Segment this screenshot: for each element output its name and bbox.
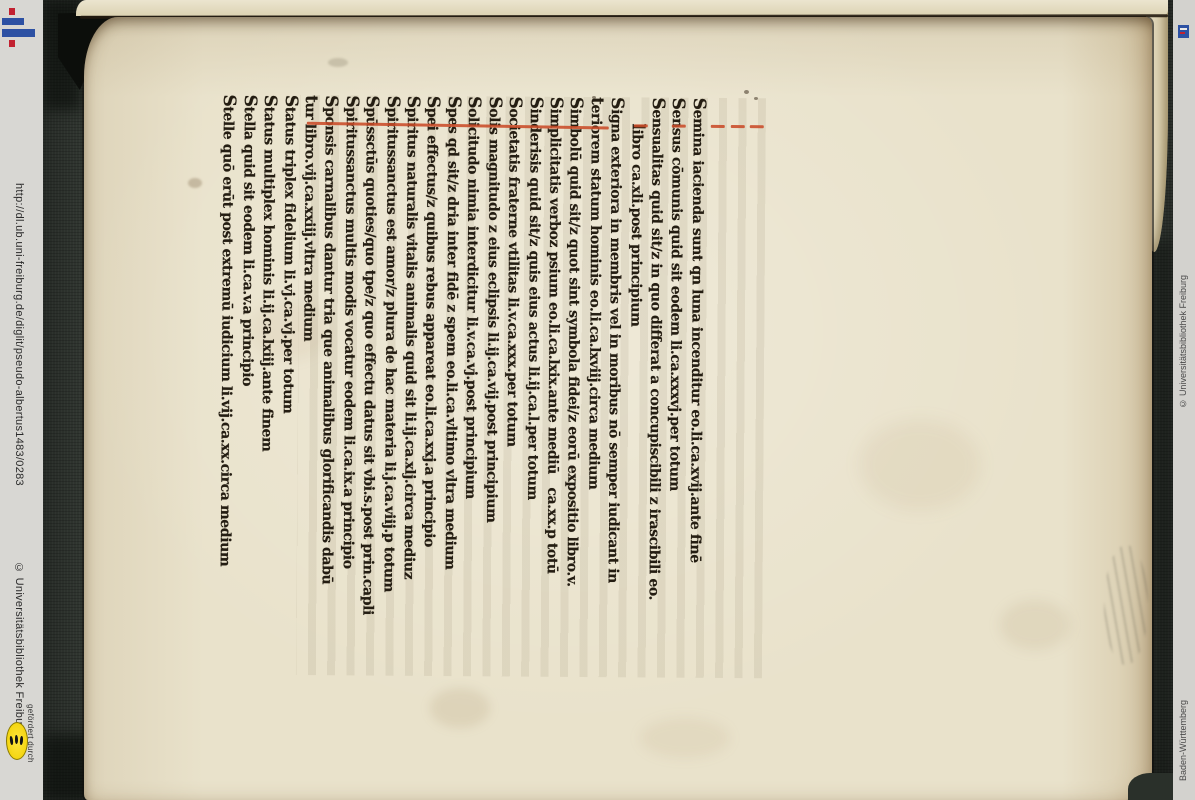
manuscript-line: libro ca.xli.post principium [622,97,646,677]
rubrication-dash [730,125,744,128]
manuscript-line: teriorem statum hominis eo.li.ca.lxviij.… [581,97,605,677]
shadow-right-edge [1150,240,1174,800]
rubrication-dashes [156,94,160,674]
stain [640,718,730,758]
logo-red-square-icon [9,8,15,15]
manuscript-line: Sinderisis quid sit/z quis eius actus li… [520,97,544,677]
manuscript-line: Spūssctūs quoties/quo tpe/z quo effectu … [357,95,381,675]
manuscript-line: Solicitudo nimia interdicitur li.v.ca.vj… [459,96,483,676]
manuscript-lines: Semina iacienda sunt qn luna incenditur … [214,94,708,677]
frame-strip-left: http://dl.ub.uni-freiburg.de/diglit/pseu… [0,0,43,800]
manuscript-line: Signa exteriora in membris vel in moribu… [602,97,626,677]
stain [430,688,490,728]
manuscript-line: Simplicitatis verboz psium eo.li.ca.lxix… [540,97,564,677]
manuscript-text-block: Semina iacienda sunt qn luna incenditur … [300,95,766,675]
page-corner-notch [1128,773,1174,800]
manuscript-line: Solis magnitudo z eius eclipsis li.ij.ca… [479,96,503,676]
stain [328,58,348,67]
manuscript-line: Simbolū quid sit/z quot sint symbola fid… [561,97,585,677]
funder-caption: Baden-Württemberg [1178,700,1188,781]
manuscript-line: Spes qd sit/z dria inter fidē z spem eo.… [438,96,462,676]
manuscript-line: Stella quid sit eodem li.ca.v.a principi… [234,95,258,675]
funding-caption: gefördert durch [26,704,35,763]
ink-speck [744,90,749,94]
manuscript-line: Sensus cōmunis quid sit eodem li.ca.xxxv… [663,98,687,678]
manuscript-line: Spiritus naturalis vitalis animalis quid… [398,96,422,676]
rubrication-dash [672,125,686,128]
manuscript-line: Societatis fraterne vtilitas li.v.ca.xxx… [500,96,524,676]
logo-blue-bar-icon [2,29,35,37]
ink-smudge [1104,545,1148,665]
logo-blue-bar-icon [2,18,24,25]
manuscript-line: Spiritussanctus est amor/z plura de hac … [377,96,401,676]
stain [860,420,980,510]
ub-freiburg-logo-small-icon [1178,25,1189,38]
manuscript-line: Status multiplex hominis li.ij.ca.lxiij.… [255,95,279,675]
crest-lion-icon [10,736,14,745]
manuscript-line: Status triplex fidelium li.vj.ca.vj.per … [275,95,299,675]
manuscript-line: tur libro.vij.ca.xxiij.vltra medium [296,95,320,675]
manuscript-line: Sponsis carnalibus dantur tria que anima… [316,95,340,675]
source-url-caption: http://dl.ub.uni-freiburg.de/diglit/pseu… [13,183,25,486]
manuscript-text-rotated: Semina iacienda sunt qn luna incenditur … [296,95,766,678]
scan-viewer: Semina iacienda sunt qn luna incenditur … [0,0,1195,800]
manuscript-line: Stelle quō erūt post extremū iudicium li… [214,94,238,674]
rubrication-dash [711,125,725,128]
crest-lion-icon [20,736,24,745]
manuscript-line: Semina iacienda sunt qn luna incenditur … [683,98,707,678]
crest-lion-icon [15,735,18,744]
manuscript-line: Spei effectus/z quibus rebus appareat eo… [418,96,442,676]
copyright-caption: © Universitätsbibliothek Freiburg [13,562,25,735]
manuscript-line: Sensualitas quid sit/z in quo differat a… [643,97,667,677]
stain [1000,600,1070,650]
manuscript-line: Spiritussanctus multis modis vocatur eod… [336,95,360,675]
copyright-caption-right: © Universitätsbibliothek Freiburg [1178,275,1188,409]
baden-wuerttemberg-crest-icon [6,722,28,760]
rubrication-dash [750,125,764,128]
rubrication-dash [633,124,647,127]
logo-red-square-icon [9,40,15,47]
frame-strip-right: © Universitätsbibliothek Freiburg Baden-… [1173,0,1195,800]
